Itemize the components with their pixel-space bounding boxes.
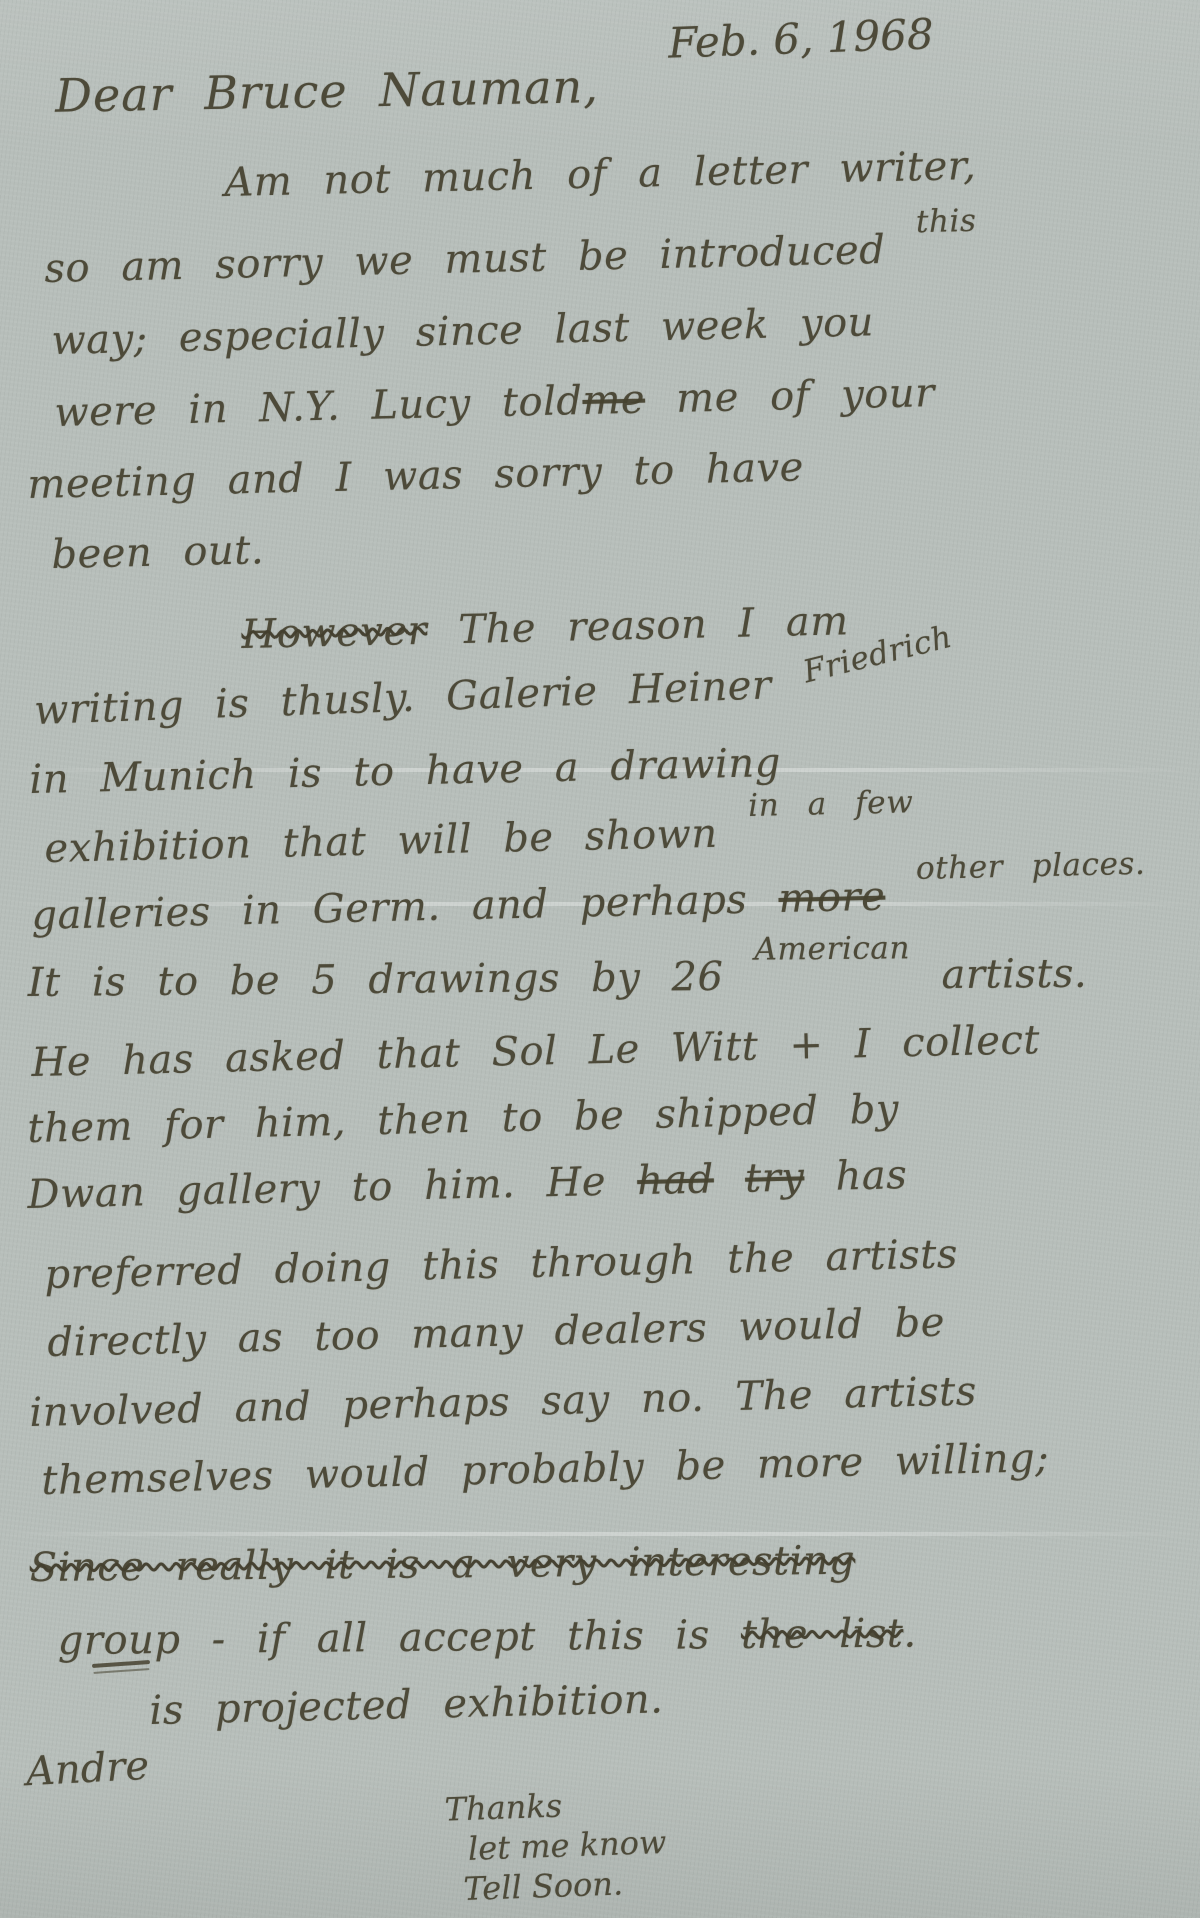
struck-text: had [637,1156,715,1204]
letter-text: galleries in Germ. and perhaps [31,876,779,939]
letter-text: preferred doing this through the artists [44,1231,958,1298]
letter-line-11: galleries in Germ. and perhaps more othe… [31,868,1147,939]
letter-text: themselves would probably be more willin… [41,1435,1050,1504]
letter-text: Am not much of a letter writer, [224,143,977,206]
letter-text: has [804,1152,908,1200]
letter-text: them for him, then to be shipped by [27,1086,899,1152]
letter-text: writing is thusly. Galerie Heiner [33,661,803,734]
letter-text: It is to be 5 drawings by 26 [28,954,755,1006]
letter-line-12: It is to be 5 drawings by 26 American ar… [28,951,1088,1006]
letter-line-21: group - if all accept this is the list. [58,1611,917,1664]
postscript-line: Tell Soon. [463,1862,669,1909]
letter-line-2: so am sorry we must be introduced this [44,225,978,292]
letter-text: group - if all accept this is [58,1612,742,1664]
letter-line-15: Dwan gallery to him. He had try has [27,1152,908,1218]
letter-line-4: were in N.Y. Lucy toldme me of your [54,370,935,436]
letter-text: is projected exhibition. [149,1676,664,1734]
letter-text: . [903,1611,917,1657]
letter-text: were in N.Y. Lucy told [54,378,583,436]
postscript-line: let me know [467,1822,667,1869]
letter-line-18: involved and perhaps say no. The artists [29,1369,977,1436]
letter-line-5: meeting and I was sorry to have [27,444,804,508]
struck-text: me [582,377,646,424]
letter-line-6: been out. [51,527,265,578]
letter-line-8: writing is thusly. Galerie Heiner Friedr… [33,656,955,734]
letter-line-19: themselves would probably be more willin… [41,1435,1050,1504]
letter-line-16: preferred doing this through the artists [44,1231,958,1298]
letter-text: He has asked that Sol Le Witt + I collec… [31,1017,1040,1086]
letter-line-22: is projected exhibition. [149,1676,664,1734]
letter-text: in Munich is to have a drawing [29,740,781,803]
letter-line-9: in Munich is to have a drawing [29,740,781,803]
letter-text: involved and perhaps say no. The artists [29,1369,977,1436]
letter-text: The reason I am [427,598,849,654]
letter-line-1: Am not much of a letter writer, [224,143,977,206]
letter-line-20: Since really it is a very interesting [30,1538,856,1591]
letter-text: directly as too many dealers would be [47,1300,945,1366]
inserted-text: other places. [915,846,1145,887]
letter-text: artists. [910,951,1087,999]
letter-line-14: them for him, then to be shipped by [27,1086,899,1152]
letter-text: me of your [645,370,936,423]
letter-page: Feb. 6, 1968 Dear Bruce Nauman, Am not m… [0,0,1200,1918]
letter-line-17: directly as too many dealers would be [47,1300,945,1366]
postscript: Thanks let me know Tell Soon. [430,1782,668,1910]
struck-text: try [745,1154,805,1201]
struck-text: However [241,608,428,658]
struck-text: Since really it is a very interesting [30,1538,856,1591]
struck-text: the list [741,1611,904,1658]
letter-text: exhibition that will be shown [44,810,749,872]
inserted-text: in a few [748,784,914,824]
letter-text: meeting and I was sorry to have [27,444,804,508]
letter-text: Dwan gallery to him. He [27,1158,638,1218]
letter-line-10: exhibition that will be shown in a few [44,806,915,872]
salutation: Dear Bruce Nauman, [55,59,600,122]
letter-line-7: However The reason I am [241,598,849,658]
struck-text: more [778,874,886,922]
letter-text: so am sorry we must be introduced [44,226,917,292]
inserted-text: American [754,930,910,967]
letter-line-3: way; especially since last week you [51,299,874,364]
inserted-text: this [915,203,976,240]
letter-text: been out. [51,527,265,578]
letter-line-13: He has asked that Sol Le Witt + I collec… [31,1017,1040,1086]
signature: Andre [25,1743,150,1795]
letter-text [885,873,917,920]
letter-text [713,1156,745,1203]
paper-crease [0,1532,1200,1536]
letter-date: Feb. 6, 1968 [667,9,934,67]
letter-text: way; especially since last week you [51,299,874,364]
